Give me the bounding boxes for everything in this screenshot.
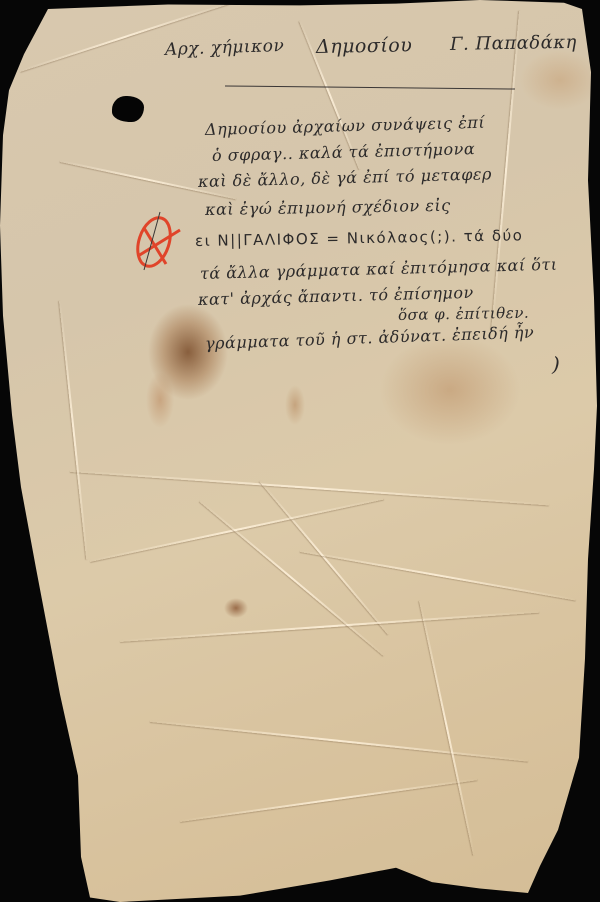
paper-crease bbox=[59, 301, 88, 560]
body-line-3: καὶ δὲ ἄλλο, δὲ γά ἐπί τό μεταφερ bbox=[198, 164, 492, 191]
heading-right: Γ. Παπαδάκη bbox=[450, 32, 577, 55]
paper-crease bbox=[120, 611, 539, 642]
body-line-2: ὁ σφραγ.. καλά τά ἐπιστήμονα bbox=[212, 139, 476, 165]
paper-crease bbox=[70, 470, 549, 505]
closing-mark: ) bbox=[552, 352, 560, 376]
heading-underline bbox=[225, 85, 515, 89]
paper-crease bbox=[259, 480, 389, 634]
document-scan: Αρχ. χήμικον Δημοσίου Γ. Παπαδάκη Δημοσί… bbox=[0, 0, 600, 902]
paper-hole bbox=[112, 96, 144, 122]
capitals-suffix: τά δύο bbox=[464, 226, 524, 245]
heading-left: Αρχ. χήμικον bbox=[165, 36, 285, 60]
body-line-8: γράμματα τοῦ ἡ στ. ἀδύνατ. ἐπειδή ἦν bbox=[205, 323, 535, 353]
capitals-line: ει Ν||ΓΑΛΙΦΟΣ = Νικόλαος(;). τά δύο bbox=[195, 226, 524, 250]
body-line-7: ὅσα φ. ἐπίτιθεν. bbox=[398, 304, 529, 324]
paper-crease bbox=[20, 2, 230, 72]
heading-middle: Δημοσίου bbox=[316, 34, 413, 58]
capitals-word-2: Νικόλαος(;). bbox=[347, 227, 458, 247]
body-line-1: Δημοσίου ἀρχαίων συνάψεις ἐπί bbox=[205, 113, 486, 139]
crumpled-paper-sheet: Αρχ. χήμικον Δημοσίου Γ. Παπαδάκη Δημοσί… bbox=[0, 0, 600, 902]
paper-crease bbox=[180, 778, 477, 822]
paper-crease bbox=[150, 720, 528, 762]
capitals-joiner: = bbox=[326, 229, 340, 247]
capitals-word-1: Ν||ΓΑΛΙΦΟΣ bbox=[217, 230, 320, 250]
body-line-4: καὶ ἐγώ ἐπιμονή σχέδιον εἰς bbox=[205, 196, 451, 219]
red-circled-cross-icon bbox=[130, 210, 182, 272]
capitals-prefix: ει bbox=[195, 232, 211, 250]
paper-crease bbox=[491, 11, 521, 330]
paper-crease bbox=[419, 601, 475, 856]
body-line-5: τά ἄλλα γράμματα καί ἐπιτόμησα καί ὅτι bbox=[200, 255, 558, 283]
